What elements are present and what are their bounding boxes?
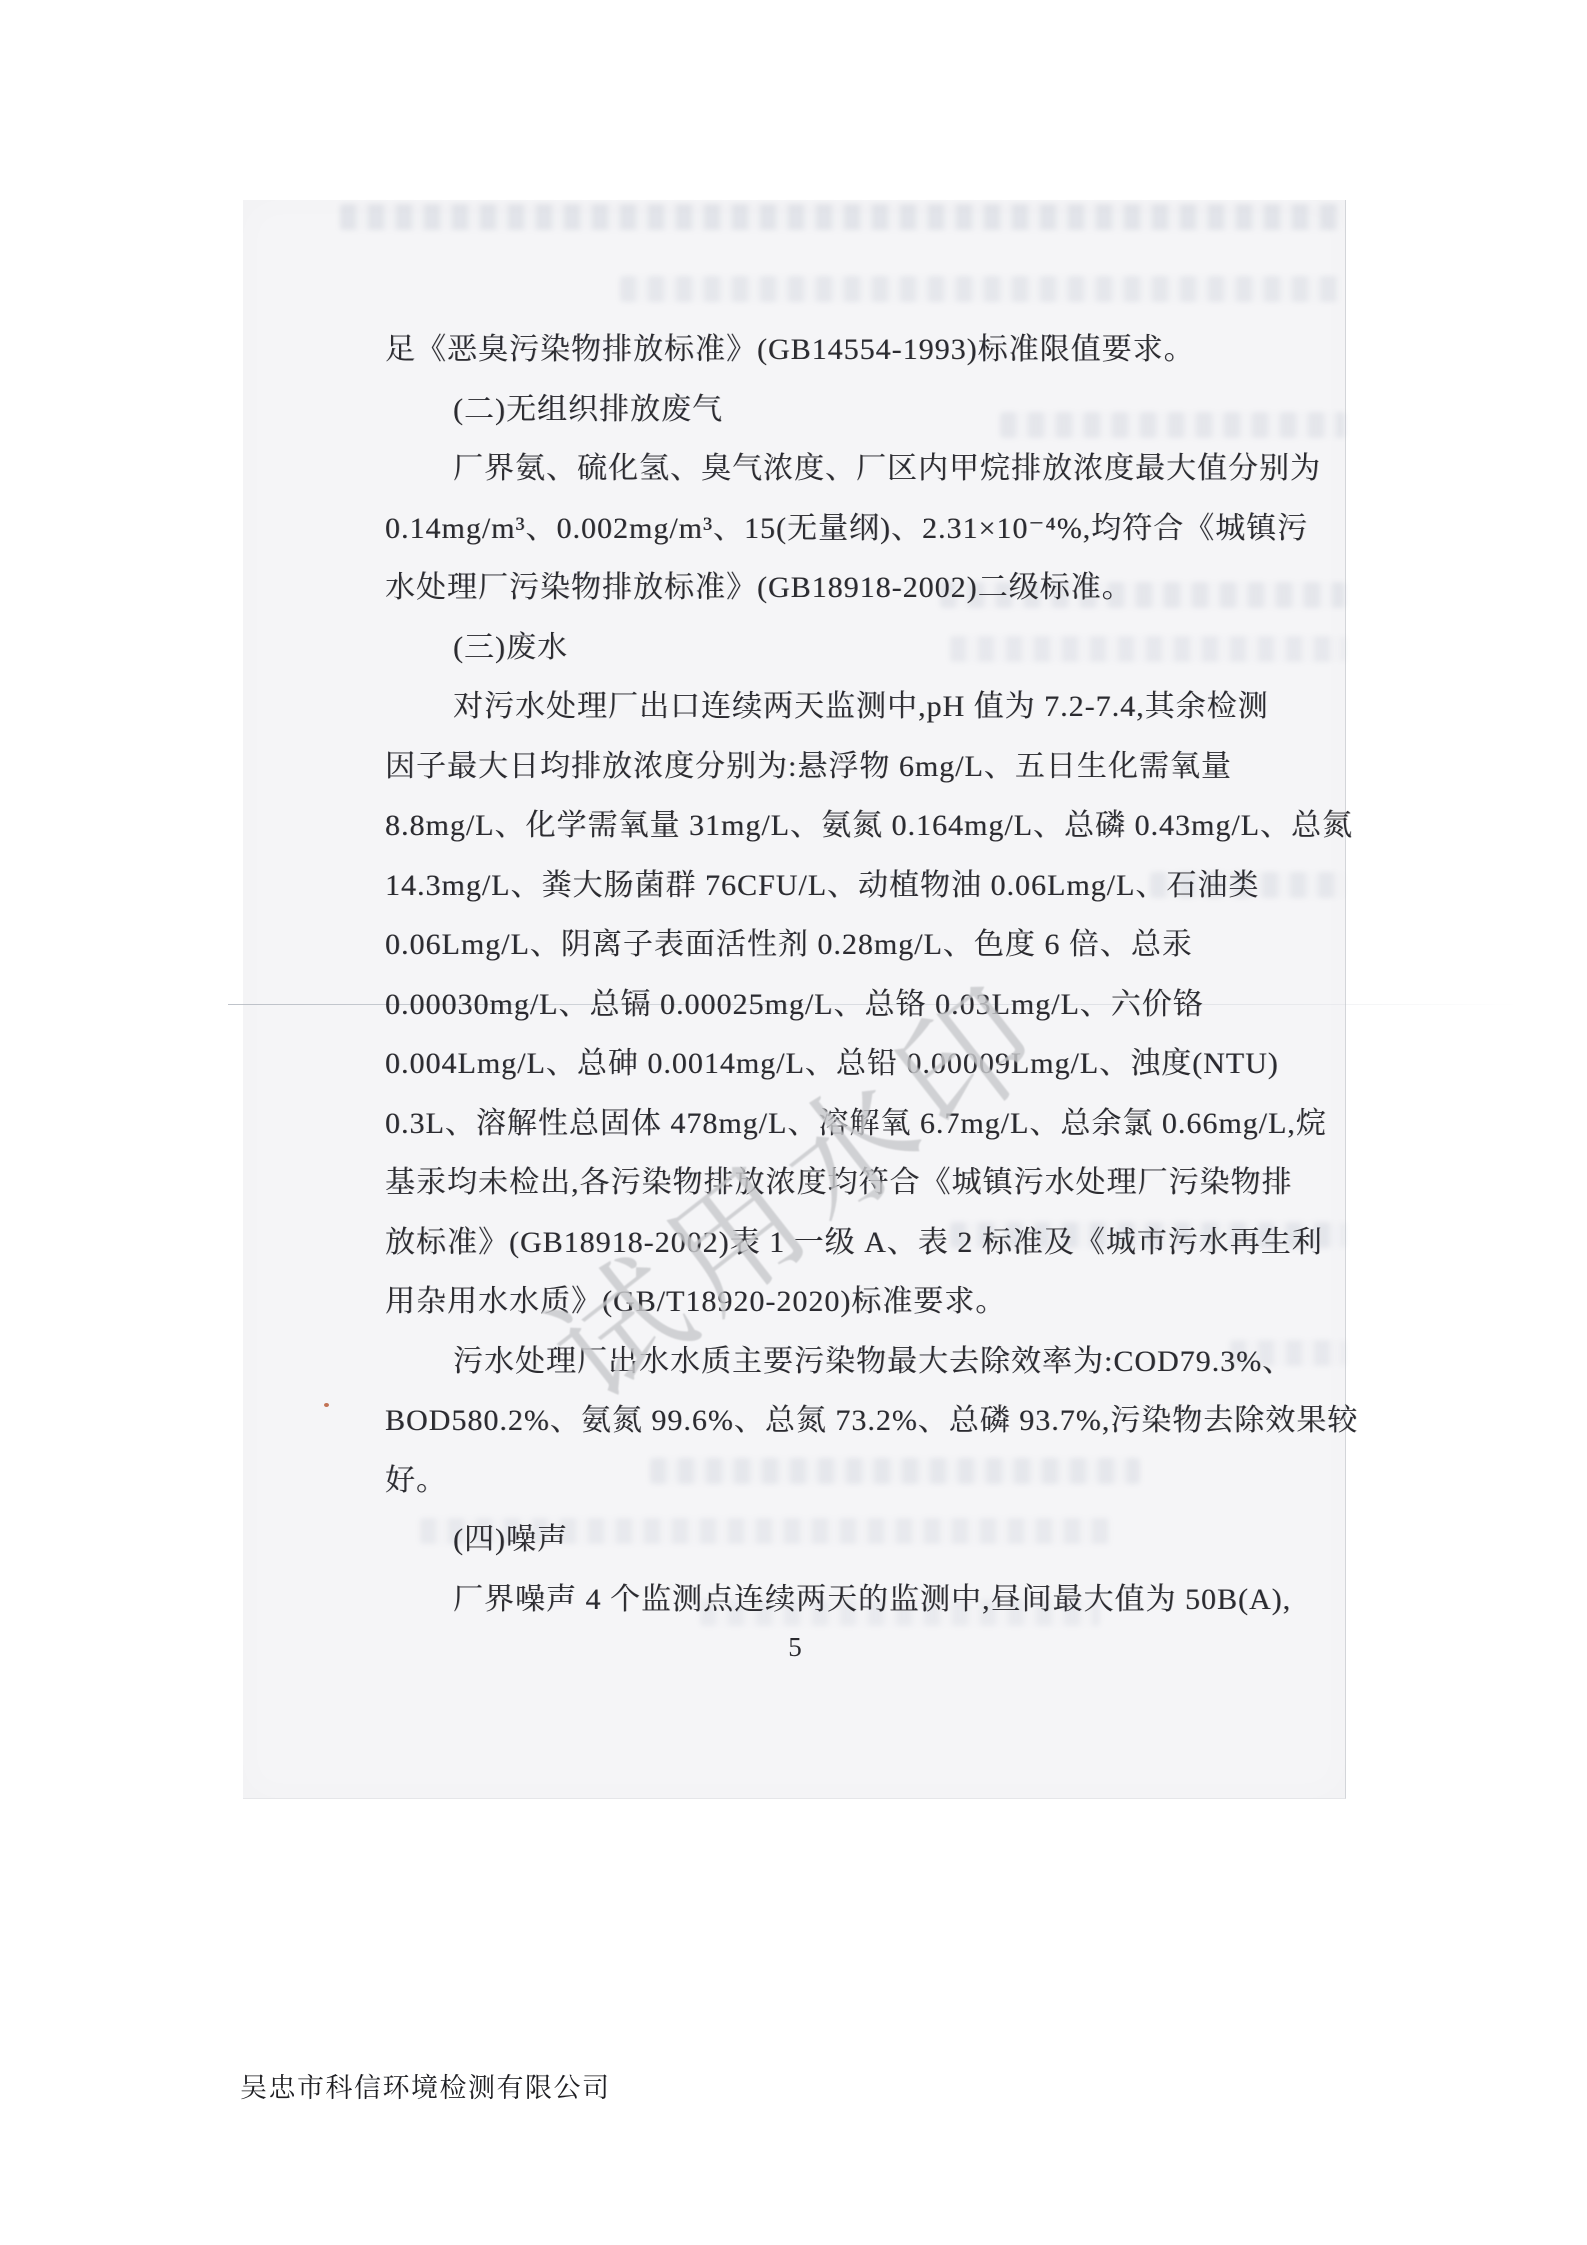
text-line-1: 足《恶臭污染物排放标准》(GB14554-1993)标准限值要求。 xyxy=(385,320,1195,380)
text-line-22: 厂界噪声 4 个监测点连续两天的监测中,昼间最大值为 50B(A), xyxy=(453,1570,1291,1630)
text-line-4: 0.14mg/m³、0.002mg/m³、15(无量纲)、2.31×10⁻⁴%,… xyxy=(385,499,1308,559)
text-line-11: 0.06Lmg/L、阴离子表面活性剂 0.28mg/L、色度 6 倍、总汞 xyxy=(385,915,1193,975)
text-line-9: 8.8mg/L、化学需氧量 31mg/L、氨氮 0.164mg/L、总磷 0.4… xyxy=(385,796,1353,856)
text-line-16: 放标准》(GB18918-2002)表 1 一级 A、表 2 标准及《城市污水再… xyxy=(385,1213,1323,1273)
text-line-10: 14.3mg/L、粪大肠菌群 76CFU/L、动植物油 0.06Lmg/L、石油… xyxy=(385,856,1259,916)
text-line-14: 0.3L、溶解性总固体 478mg/L、溶解氧 6.7mg/L、总余氯 0.66… xyxy=(385,1094,1327,1154)
text-line-13: 0.004Lmg/L、总砷 0.0014mg/L、总铅 0.00009Lmg/L… xyxy=(385,1034,1279,1094)
text-line-3: 厂界氨、硫化氢、臭气浓度、厂区内甲烷排放浓度最大值分别为 xyxy=(453,439,1321,499)
text-line-6: (三)废水 xyxy=(453,618,568,678)
text-line-17: 用杂用水水质》(GB/T18920-2020)标准要求。 xyxy=(385,1272,1006,1332)
text-line-12: 0.00030mg/L、总镉 0.00025mg/L、总铬 0.03Lmg/L、… xyxy=(385,975,1204,1035)
scanned-document-page: 足《恶臭污染物排放标准》(GB14554-1993)标准限值要求。(二)无组织排… xyxy=(0,0,1587,2245)
text-line-7: 对污水处理厂出口连续两天监测中,pH 值为 7.2-7.4,其余检测 xyxy=(453,677,1269,737)
page-number: 5 xyxy=(760,1622,830,1672)
footer-company-name: 吴忠市科信环境检测有限公司 xyxy=(240,2066,611,2110)
text-line-2: (二)无组织排放废气 xyxy=(453,380,723,440)
text-line-20: 好。 xyxy=(385,1451,447,1511)
text-line-8: 因子最大日均排放浓度分别为:悬浮物 6mg/L、五日生化需氧量 xyxy=(385,737,1232,797)
text-line-19: BOD580.2%、氨氮 99.6%、总氮 73.2%、总磷 93.7%,污染物… xyxy=(385,1391,1358,1451)
text-line-15: 基汞均未检出,各污染物排放浓度均符合《城镇污水处理厂污染物排 xyxy=(385,1153,1293,1213)
text-line-21: (四)噪声 xyxy=(453,1510,568,1570)
text-layer: 足《恶臭污染物排放标准》(GB14554-1993)标准限值要求。(二)无组织排… xyxy=(0,0,1587,2245)
text-line-18: 污水处理厂出水水质主要污染物最大去除效率为:COD79.3%、 xyxy=(453,1332,1293,1392)
text-line-5: 水处理厂污染物排放标准》(GB18918-2002)二级标准。 xyxy=(385,558,1133,618)
